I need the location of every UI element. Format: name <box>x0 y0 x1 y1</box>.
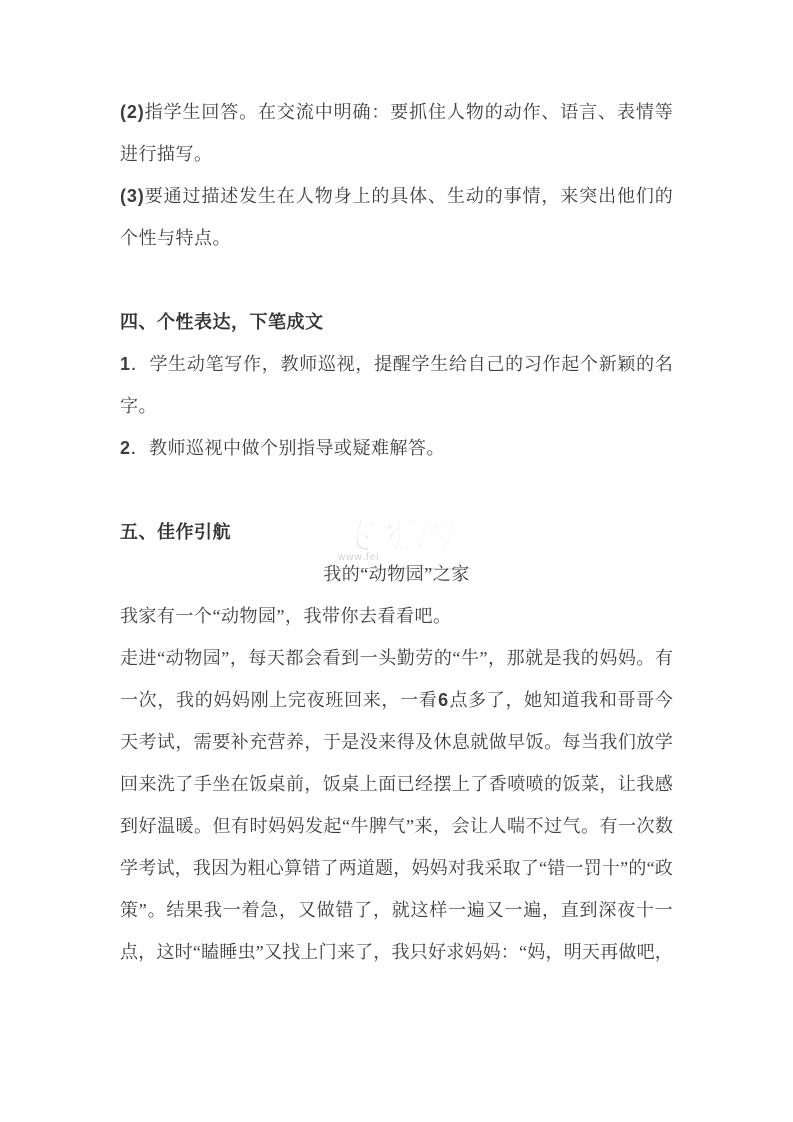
text-line: 个性与特点。 <box>120 217 673 259</box>
text-line: 进行描写。 <box>120 133 673 175</box>
text-line: 字。 <box>120 385 673 427</box>
text-line: 一次，我的妈妈刚上完夜班回来，一看 6 点多了，她知道我和哥哥今 <box>120 679 673 721</box>
text-line: 我家有一个“动物园”，我带你去看看吧。 <box>120 595 673 637</box>
text-line: 天考试，需要补充营养，于是没来得及休息就做早饭。每当我们放学 <box>120 721 673 763</box>
blank-line <box>120 259 673 301</box>
document-page: 飞光网 www.fei (2)指学生回答。在交流中明确：要抓住人物的动作、语言、… <box>0 0 793 1122</box>
text-line: (3)要通过描述发生在人物身上的具体、生动的事情，来突出他们的 <box>120 175 673 217</box>
text-line: 走进“动物园”，每天都会看到一头勤劳的“牛”，那就是我的妈妈。有 <box>120 637 673 679</box>
text-line: 点，这时“瞌睡虫”又找上门来了，我只好求妈妈：“妈，明天再做吧， <box>120 931 673 973</box>
essay-title: 我的“动物园”之家 <box>120 553 673 595</box>
text-line: 回来洗了手坐在饭桌前，饭桌上面已经摆上了香喷喷的饭菜，让我感 <box>120 763 673 805</box>
section-heading: 四、个性表达，下笔成文 <box>120 301 673 343</box>
blank-line <box>120 469 673 511</box>
section-heading: 五、佳作引航 <box>120 511 673 553</box>
document-content: (2)指学生回答。在交流中明确：要抓住人物的动作、语言、表情等进行描写。(3)要… <box>120 91 673 973</box>
text-line: 策”。结果我一着急，又做错了，就这样一遍又一遍，直到深夜十一 <box>120 889 673 931</box>
text-line: (2)指学生回答。在交流中明确：要抓住人物的动作、语言、表情等 <box>120 91 673 133</box>
text-line: 1．学生动笔写作，教师巡视，提醒学生给自己的习作起个新颖的名 <box>120 343 673 385</box>
text-line: 学考试，我因为粗心算错了两道题，妈妈对我采取了“错一罚十”的“政 <box>120 847 673 889</box>
text-line: 2．教师巡视中做个别指导或疑难解答。 <box>120 427 673 469</box>
text-line: 到好温暖。但有时妈妈发起“牛脾气”来，会让人喘不过气。有一次数 <box>120 805 673 847</box>
